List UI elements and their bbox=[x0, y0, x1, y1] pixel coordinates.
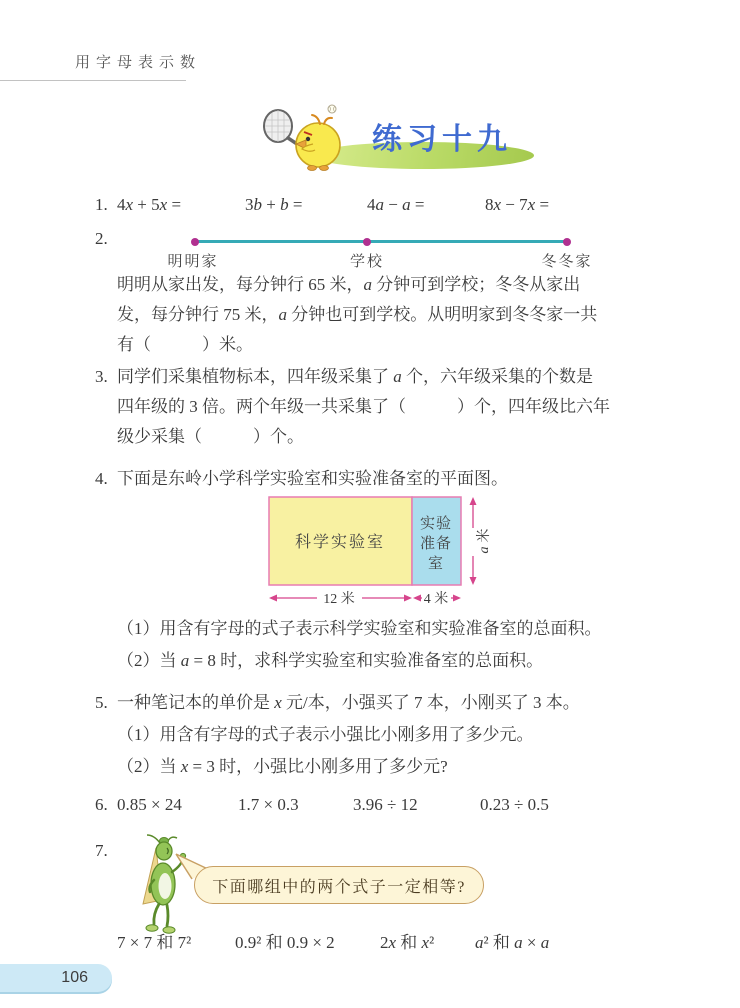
problem-4-intro: 下面是东岭小学科学实验室和实验准备室的平面图。 bbox=[117, 468, 508, 489]
problem-2-text-line: 发，每分钟行 75 米，a 分钟也可到学校。从明明家到冬冬家一共 bbox=[117, 304, 597, 325]
problem-5-sub1: （1）用含有字母的式子表示小强比小刚多用了多少元。 bbox=[117, 724, 534, 745]
problem-4-sub1: （1）用含有字母的式子表示科学实验室和实验准备室的总面积。 bbox=[117, 618, 602, 639]
height-label-a-m: a米 bbox=[475, 529, 492, 554]
problem-6-number: 6. bbox=[95, 794, 108, 815]
problem-2-number: 2. bbox=[95, 228, 108, 249]
prep-room-label: 室 bbox=[428, 555, 444, 572]
chick-tennis-mascot-icon bbox=[258, 100, 358, 175]
point-label-dongdong-home: 冬冬家 bbox=[530, 250, 604, 271]
problem-1-item: 8x − 7x = bbox=[485, 194, 549, 215]
exercise-title: 练习十九 bbox=[372, 121, 512, 159]
problem-1-item: 4a − a = bbox=[367, 194, 424, 215]
header-rule bbox=[0, 80, 186, 81]
problem-6-item: 0.23 ÷ 0.5 bbox=[480, 794, 549, 815]
point-dot bbox=[563, 238, 571, 246]
problem-6-item: 3.96 ÷ 12 bbox=[353, 794, 418, 815]
problem-6-item: 1.7 × 0.3 bbox=[238, 794, 299, 815]
point-label-school: 学校 bbox=[340, 250, 394, 271]
problem-5-intro: 一种笔记本的单价是 x 元/本，小强买了 7 本，小刚买了 3 本。 bbox=[117, 692, 580, 713]
problem-3-text-line: 四年级的 3 倍。两个年级一共采集了（ ）个，四年级比六年 bbox=[117, 396, 610, 417]
point-dot bbox=[363, 238, 371, 246]
problem-4-number: 4. bbox=[95, 468, 108, 489]
problem-2-text-line: 明明从家出发，每分钟行 65 米，a 分钟可到学校；冬冬从家出 bbox=[117, 274, 580, 295]
problem-1-item: 4x + 5x = bbox=[117, 194, 181, 215]
problem-1-item: 3b + b = bbox=[245, 194, 302, 215]
problem-2-text-line: 有（ ）米。 bbox=[117, 334, 253, 355]
problem-7-item: 0.9² 和 0.9 × 2 bbox=[235, 932, 335, 953]
problem-7-item: 7 × 7 和 7² bbox=[117, 932, 191, 953]
section-header: 用字母表示数 bbox=[75, 54, 201, 73]
problem-5-sub2: （2）当 x = 3 时，小强比小刚多用了多少元? bbox=[117, 756, 448, 777]
prep-room-label: 实验 bbox=[420, 515, 452, 532]
problem-7-item: a² 和 a × a bbox=[475, 932, 549, 953]
speech-bubble: 下面哪组中的两个式子一定相等? bbox=[194, 866, 484, 904]
page-number: 106 bbox=[61, 969, 88, 987]
distance-line bbox=[195, 240, 568, 243]
problem-7-item: 2x 和 x² bbox=[380, 932, 434, 953]
problem-7-number: 7. bbox=[95, 840, 108, 861]
problem-3-text-line: 同学们采集植物标本，四年级采集了 a 个，六年级采集的个数是 bbox=[117, 366, 593, 387]
point-dot bbox=[191, 238, 199, 246]
width-label-12m: 12 米 bbox=[323, 590, 355, 607]
science-lab-label: 科学实验室 bbox=[295, 533, 385, 551]
page-number-pill: 106 bbox=[0, 964, 112, 992]
problem-4-sub2: （2）当 a = 8 时，求科学实验室和实验准备室的总面积。 bbox=[117, 650, 543, 671]
problem-5-number: 5. bbox=[95, 692, 108, 713]
problem-1-number: 1. bbox=[95, 194, 108, 215]
point-label-mingming-home: 明明家 bbox=[156, 250, 230, 271]
width-label-4m: 4 米 bbox=[424, 590, 449, 607]
problem-3-text-line: 级少采集（ ）个。 bbox=[117, 426, 304, 447]
grasshopper-mascot-icon bbox=[130, 832, 200, 937]
problem-3-number: 3. bbox=[95, 366, 108, 387]
problem-6-item: 0.85 × 24 bbox=[117, 794, 182, 815]
prep-room-label: 准备 bbox=[420, 535, 452, 552]
floor-plan-diagram: 科学实验室 实验 准备 室 12 米 4 米 a米 bbox=[263, 492, 498, 612]
